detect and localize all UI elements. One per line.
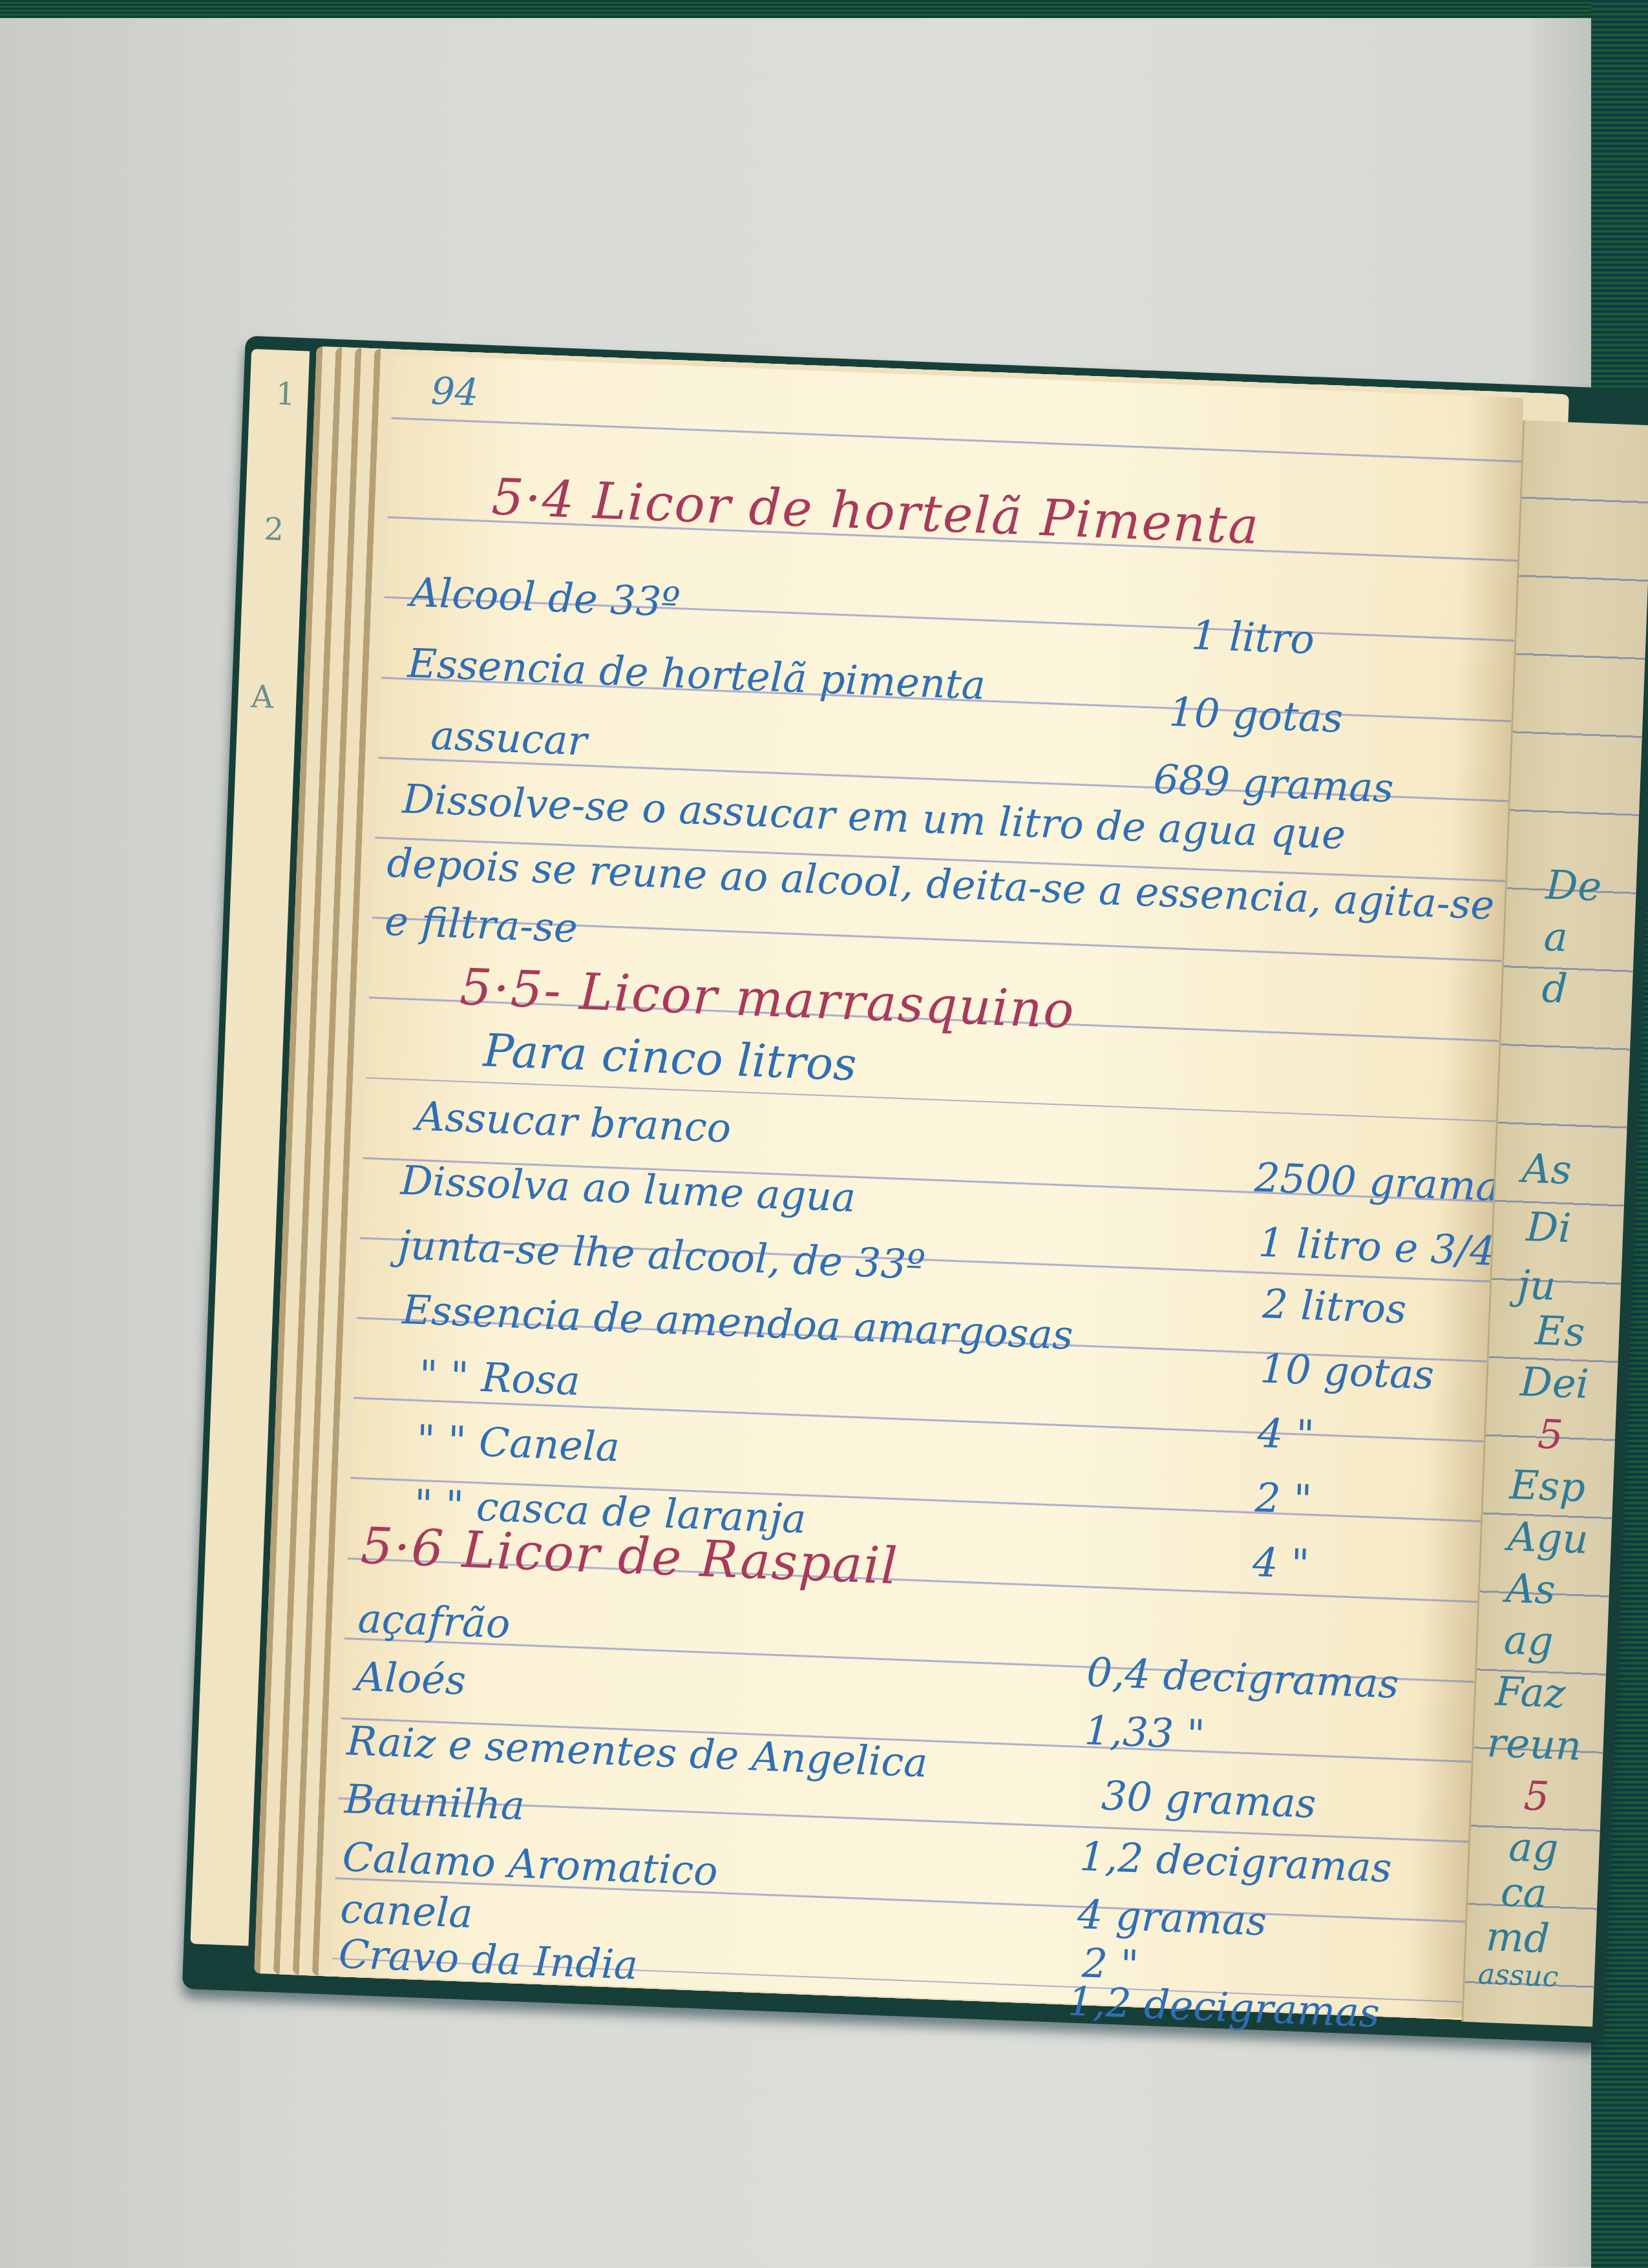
scanner-edge-top bbox=[0, 0, 1648, 18]
ingredient-qty: 30 gramas bbox=[1101, 1772, 1317, 1827]
ingredient-qty: 0,4 decigramas bbox=[1086, 1648, 1400, 1707]
ingredient-qty: 2 litros bbox=[1262, 1280, 1407, 1332]
ingredient-qty: 1,33 " bbox=[1084, 1706, 1206, 1758]
margin-mark: 1 bbox=[275, 375, 297, 412]
recipe-54: 5·4 Licor de hortelã Pimenta Alcool de 3… bbox=[394, 354, 1524, 397]
recipe-56: 5·6 Licor de Raspail açafrão 0,4 decigra… bbox=[394, 354, 1524, 397]
fragment-text: Di bbox=[1525, 1203, 1572, 1252]
fragment-text: Faz bbox=[1495, 1667, 1567, 1717]
ingredient-qty: 1,2 decigramas bbox=[1079, 1832, 1393, 1891]
ingredient-name: Assucar branco bbox=[415, 1093, 732, 1152]
fragment-text: De bbox=[1545, 861, 1602, 910]
fragment-text: 5 bbox=[1523, 1772, 1550, 1820]
fragment-text: a bbox=[1543, 912, 1569, 960]
ingredient-name: Essencia de amendoa amargosas bbox=[401, 1286, 1074, 1359]
recipe-title: 5·4 Licor de hortelã Pimenta bbox=[491, 468, 1261, 556]
ingredient-qty: 1,2 decigramas bbox=[1067, 1977, 1381, 2036]
fragment-text: Esp bbox=[1509, 1461, 1586, 1511]
fragment-text: reun bbox=[1486, 1719, 1582, 1770]
ingredient-qty: 4 gramas bbox=[1077, 1891, 1268, 1945]
fragment-text: ag bbox=[1508, 1823, 1559, 1872]
ingredient-qty: 1 litro e 3/4 bbox=[1258, 1219, 1496, 1275]
page-number: 94 bbox=[430, 369, 480, 415]
ingredient-name: assucar bbox=[430, 711, 587, 764]
ingredient-qty: 1 litro bbox=[1190, 611, 1315, 663]
ingredient-name: " " Canela bbox=[416, 1416, 620, 1471]
ingredient-qty: 689 gramas bbox=[1152, 755, 1394, 812]
fragment-text: Agu bbox=[1507, 1513, 1589, 1563]
ingredient-qty: 4 " bbox=[1252, 1538, 1310, 1588]
fragment-text: ju bbox=[1517, 1261, 1557, 1309]
fragment-text: 5 bbox=[1537, 1411, 1564, 1458]
fragment-text: Dei bbox=[1519, 1358, 1590, 1408]
fragment-text: As bbox=[1505, 1564, 1556, 1613]
recipe-page: 94 5·4 Licor de hortelã Pimenta Alcool d… bbox=[332, 354, 1524, 2018]
fragment-text: assuc bbox=[1477, 1958, 1559, 1994]
ingredient-name: canela bbox=[339, 1885, 474, 1937]
notebook: 1 2 A 94 5·4 Licor de hortelã Pimenta Al… bbox=[187, 336, 1648, 2094]
recipe-title: 5·6 Licor de Raspail bbox=[360, 1517, 900, 1596]
recipe-subtitle: Para cinco litros bbox=[482, 1024, 858, 1091]
ingredient-qty: 10 gotas bbox=[1168, 688, 1344, 742]
margin-mark: A bbox=[250, 678, 274, 715]
instruction-line: e filtra-se bbox=[384, 898, 578, 952]
ingredient-qty: 4 " bbox=[1257, 1409, 1315, 1458]
ingredient-qty: 2500 gramas bbox=[1254, 1154, 1521, 1212]
ingredient-name: Baunilha bbox=[344, 1775, 526, 1829]
recipe-55: 5·5- Licor marrasquino Para cinco litros… bbox=[394, 354, 1524, 397]
ingredient-name: açafrão bbox=[357, 1595, 511, 1648]
ingredient-name: Dissolva ao lume agua bbox=[400, 1157, 857, 1221]
ingredient-qty: 2 " bbox=[1254, 1474, 1313, 1523]
fragment-text: ag bbox=[1503, 1616, 1554, 1665]
ingredient-name: Aloés bbox=[355, 1653, 467, 1704]
ingredient-qty: 10 gotas bbox=[1259, 1345, 1435, 1398]
fragment-text: ca bbox=[1500, 1868, 1548, 1917]
ingredient-name: Essencia de hortelã pimenta bbox=[407, 640, 986, 709]
ingredient-name: Raiz e sementes de Angelica bbox=[346, 1717, 928, 1786]
ingredient-name: " " Rosa bbox=[418, 1351, 581, 1405]
ingredient-name: Alcool de 33º bbox=[410, 569, 681, 626]
fragment-text: Es bbox=[1534, 1307, 1586, 1356]
fragment-text: As bbox=[1521, 1144, 1572, 1193]
fragment-text: d bbox=[1541, 964, 1568, 1012]
ingredient-name: Calamo Aromatico bbox=[341, 1833, 719, 1895]
fragment-text: md bbox=[1485, 1913, 1550, 1962]
ingredient-name: junta-se lhe alcool, de 33º bbox=[397, 1221, 926, 1288]
margin-mark: 2 bbox=[263, 511, 284, 548]
